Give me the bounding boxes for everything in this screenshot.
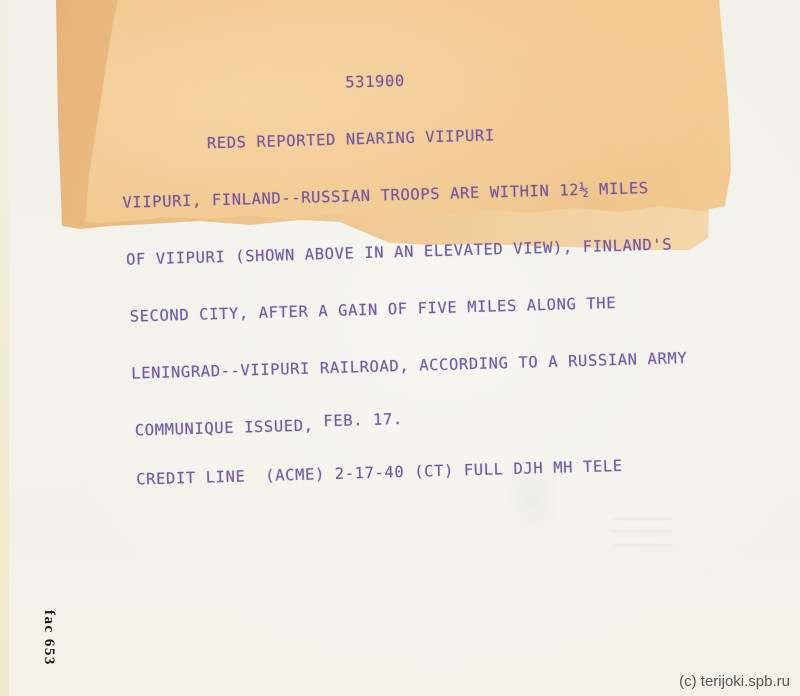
caption-communique-date: FEB. 17. bbox=[313, 410, 403, 431]
caption-id-number: 531900 bbox=[345, 63, 733, 93]
site-watermark: (c) terijoki.spb.ru bbox=[679, 673, 790, 690]
caption-body-line: LENINGRAD--VIIPURI RAILROAD, ACCORDING T… bbox=[131, 348, 741, 384]
typewritten-caption: 531900 REDS REPORTED NEARING VIIPURI VII… bbox=[112, 25, 745, 509]
scanner-edge-strip bbox=[0, 0, 9, 696]
caption-communique-text: COMMUNIQUE ISSUED, bbox=[135, 417, 314, 440]
caption-headline: REDS REPORTED NEARING VIIPURI bbox=[207, 120, 735, 154]
caption-body-line: SECOND CITY, AFTER A GAIN OF FIVE MILES … bbox=[129, 291, 739, 327]
caption-credit-line: CREDIT LINE (ACME) 2-17-40 (CT) FULL DJH… bbox=[136, 454, 744, 490]
caption-body-line: OF VIIPURI (SHOWN ABOVE IN AN ELEVATED V… bbox=[126, 234, 738, 270]
caption-body-line: VIIPURI, FINLAND--RUSSIAN TROOPS ARE WIT… bbox=[122, 177, 736, 213]
archive-number-label: fac 653 bbox=[40, 610, 57, 674]
caption-body-line: COMMUNIQUE ISSUED, FEB. 17. bbox=[135, 405, 743, 441]
